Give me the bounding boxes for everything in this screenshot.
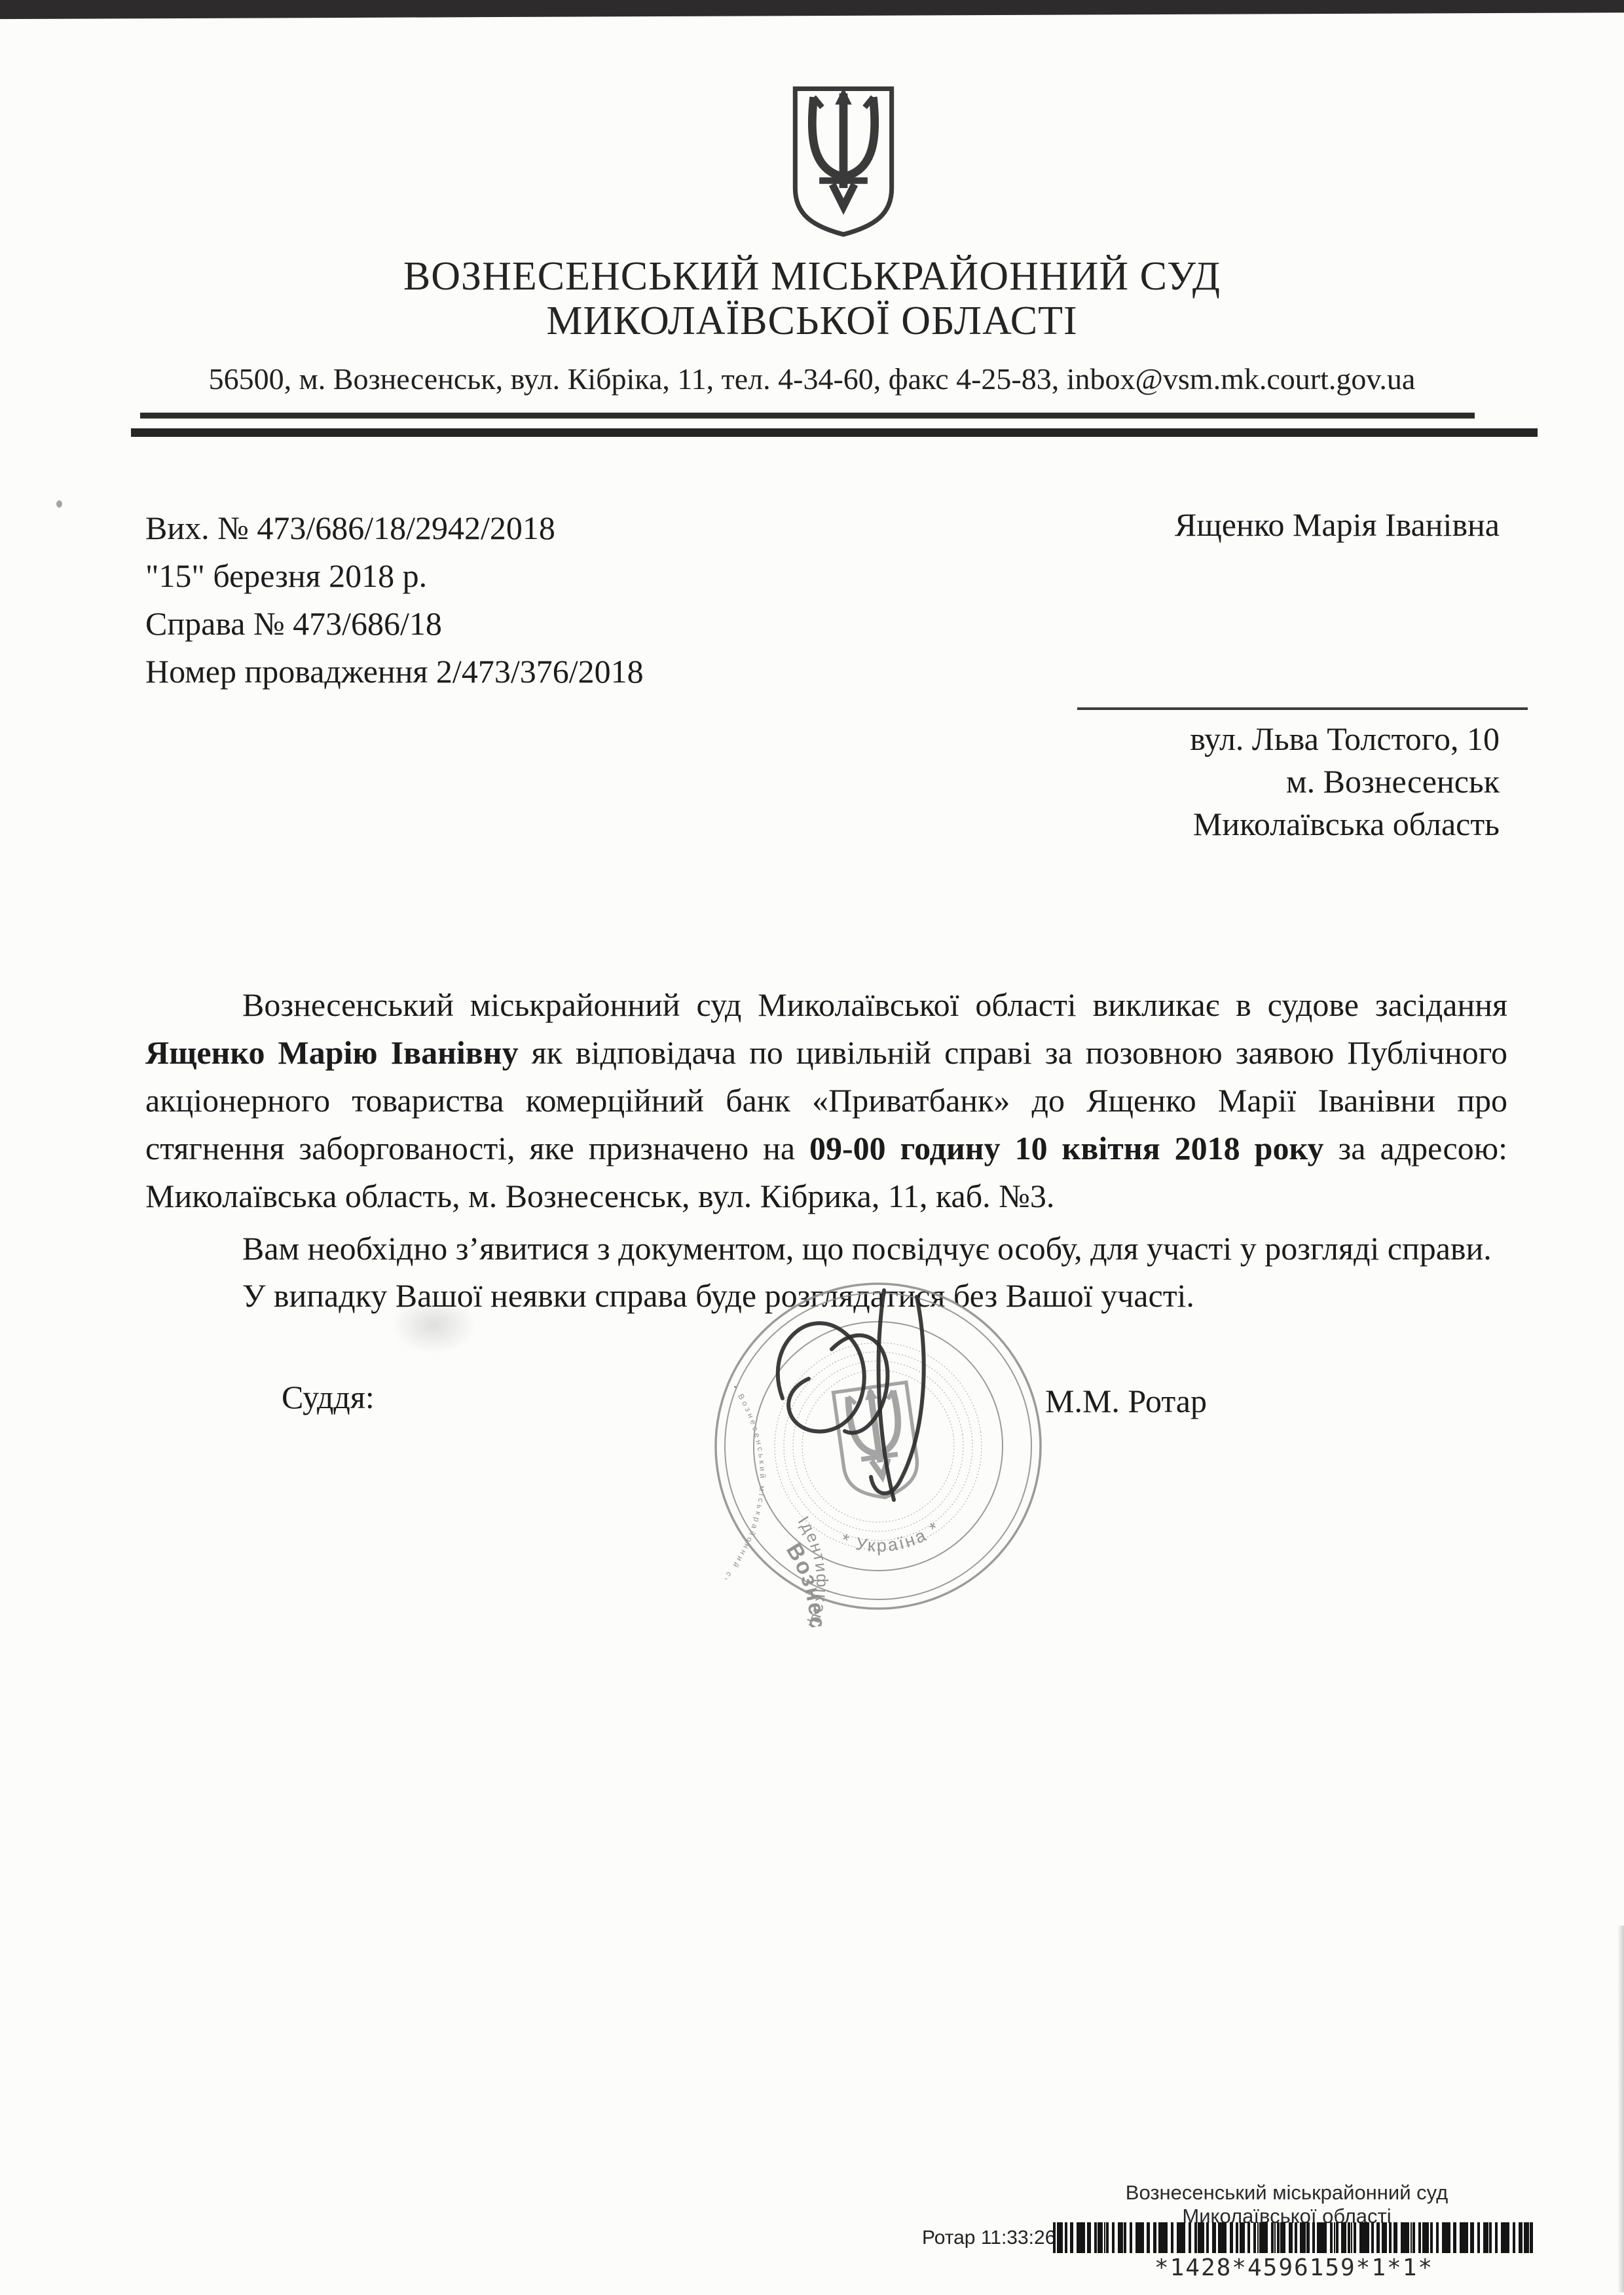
- outgoing-number: Вих. № 473/686/18/2942/2018: [145, 504, 644, 552]
- defendant-name-bold: Ященко Марію Іванівну: [145, 1034, 519, 1071]
- recipient-region: Миколаївська область: [917, 803, 1500, 846]
- recipient-city: м. Вознесенськ: [917, 760, 1500, 803]
- reference-block: Вих. № 473/686/18/2942/2018 "15" березня…: [145, 504, 644, 696]
- footer-court-line1: Вознесенський міськрайонний суд: [1028, 2181, 1545, 2205]
- scan-speck: [56, 500, 62, 508]
- recipient-underline: [1077, 707, 1528, 710]
- header-rule-thick: [131, 428, 1538, 437]
- svg-text:Ідентифікаційний код 26498995: Ідентифікаційний код 26498995: [686, 1511, 847, 1638]
- summons-paragraph: Вознесенський міськрайонний суд Миколаїв…: [145, 981, 1507, 1220]
- signature-loop: [778, 1323, 864, 1431]
- summons-text-start: Вознесенський міськрайонний суд Миколаїв…: [242, 986, 1507, 1023]
- proceeding-number: Номер провадження 2/473/376/2018: [145, 648, 644, 696]
- id-document-notice: Вам необхідно з’явитися з документом, що…: [145, 1225, 1507, 1273]
- footer-operator-time: Ротар 11:33:26: [922, 2227, 1056, 2249]
- recipient-name: Ященко Марія Іванівна: [917, 506, 1500, 544]
- scan-streak-artifact: [1617, 1926, 1624, 2292]
- recipient-street: вул. Льва Толстого, 10: [917, 718, 1500, 760]
- hearing-datetime-bold: 09-00 годину 10 квітня 2018 року: [809, 1130, 1324, 1166]
- letter-date: "15" березня 2018 р.: [145, 552, 644, 600]
- judge-label: Суддя:: [282, 1378, 375, 1416]
- barcode: [1053, 2222, 1535, 2253]
- barcode-value: *1428*4596159*1*1*: [1061, 2254, 1527, 2277]
- coat-of-arms-trident-icon: [788, 84, 899, 238]
- recipient-address: вул. Льва Толстого, 10 м. Вознесенськ Ми…: [917, 718, 1500, 846]
- court-name-line2: МИКОЛАЇВСЬКОЇ ОБЛАСТІ: [92, 300, 1532, 342]
- judge-signature: [753, 1284, 976, 1526]
- judge-name: М.М. Ротар: [1045, 1382, 1207, 1420]
- court-address-line: 56500, м. Вознесенськ, вул. Кібріка, 11,…: [92, 362, 1532, 396]
- header-rule-thin: [140, 413, 1475, 419]
- footer-court-name: Вознесенський міськрайонний суд Миколаїв…: [1028, 2181, 1545, 2228]
- court-name-line1: ВОЗНЕСЕНСЬКИЙ МІСЬКРАЙОННИЙ СУД: [92, 255, 1532, 297]
- case-number: Справа № 473/686/18: [145, 600, 644, 648]
- scan-edge-artifact: [0, 0, 1624, 20]
- stamp-id-code-text: Ідентифікаційний код 26498995: [686, 1511, 847, 1638]
- scanned-court-letter: { "header": { "court_line1": "ВОЗНЕСЕНСЬ…: [0, 0, 1624, 2295]
